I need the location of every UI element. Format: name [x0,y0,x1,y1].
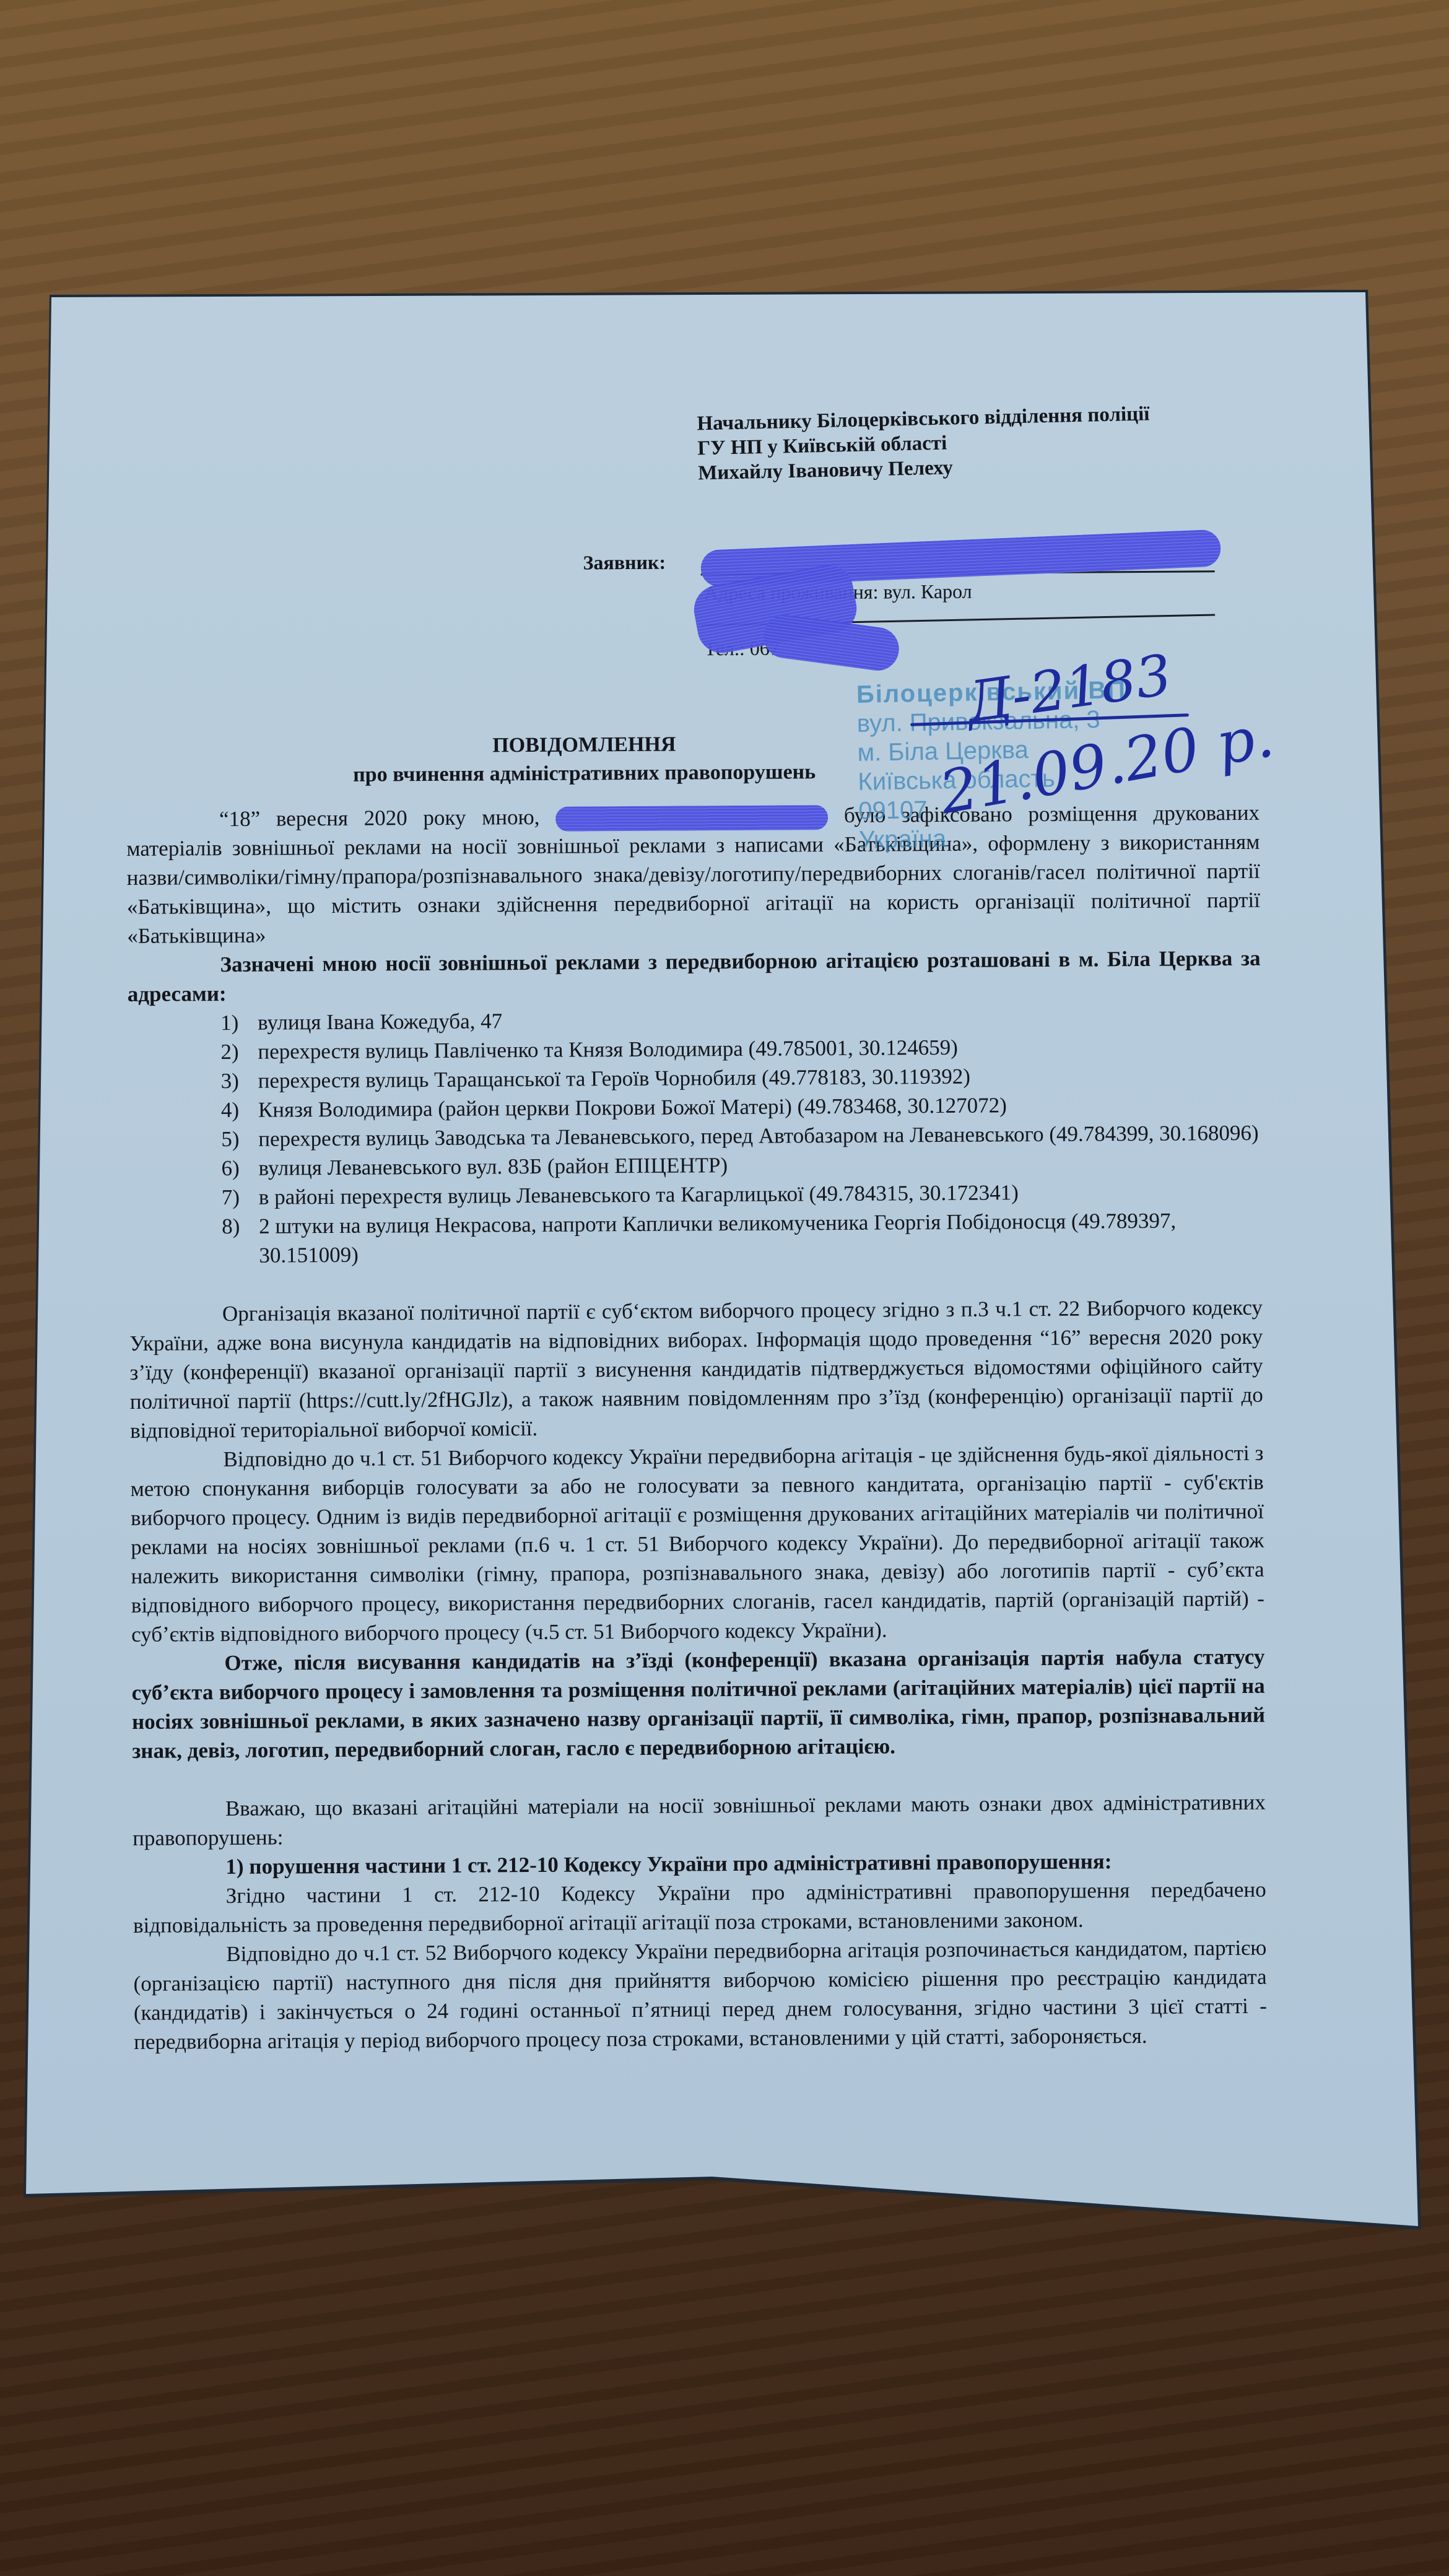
document-body: “18” вересня 2020 року мною, було зафікс… [126,798,1267,2056]
addresses-heading: Зазначені мною носії зовнішньої реклами … [127,944,1261,1009]
subject-paragraph: Організація вказаної політичної партії є… [129,1293,1263,1445]
applicant-label: Заявник: [583,548,666,578]
redaction-inspector-name [555,805,828,832]
address-list: 1)вулиця Івана Кожедуба, 47 2)перехрестя… [128,1002,1263,1271]
addressee-block: Начальнику Білоцерківського відділення п… [697,401,1151,485]
definition-paragraph: Відповідно до ч.1 ст. 51 Виборчого кодек… [130,1438,1264,1649]
conclusion-paragraph: Отже, після висування кандидатів на з’їз… [131,1642,1265,1765]
list-item: 8)2 штуки на вулиця Некрасова, напроти К… [222,1206,1263,1270]
stamp-line: Україна [859,821,1129,855]
intro-text-start: “18” вересня 2020 року мною, [219,805,540,831]
violations-intro: Вважаю, що вказані агітаційні матеріали … [133,1788,1266,1853]
violation-1-text-2: Відповідно до ч.1 ст. 52 Виборчого кодек… [133,1933,1267,2056]
violation-1-text: Згідно частини 1 ст. 212-10 Кодексу Укра… [133,1875,1267,1940]
